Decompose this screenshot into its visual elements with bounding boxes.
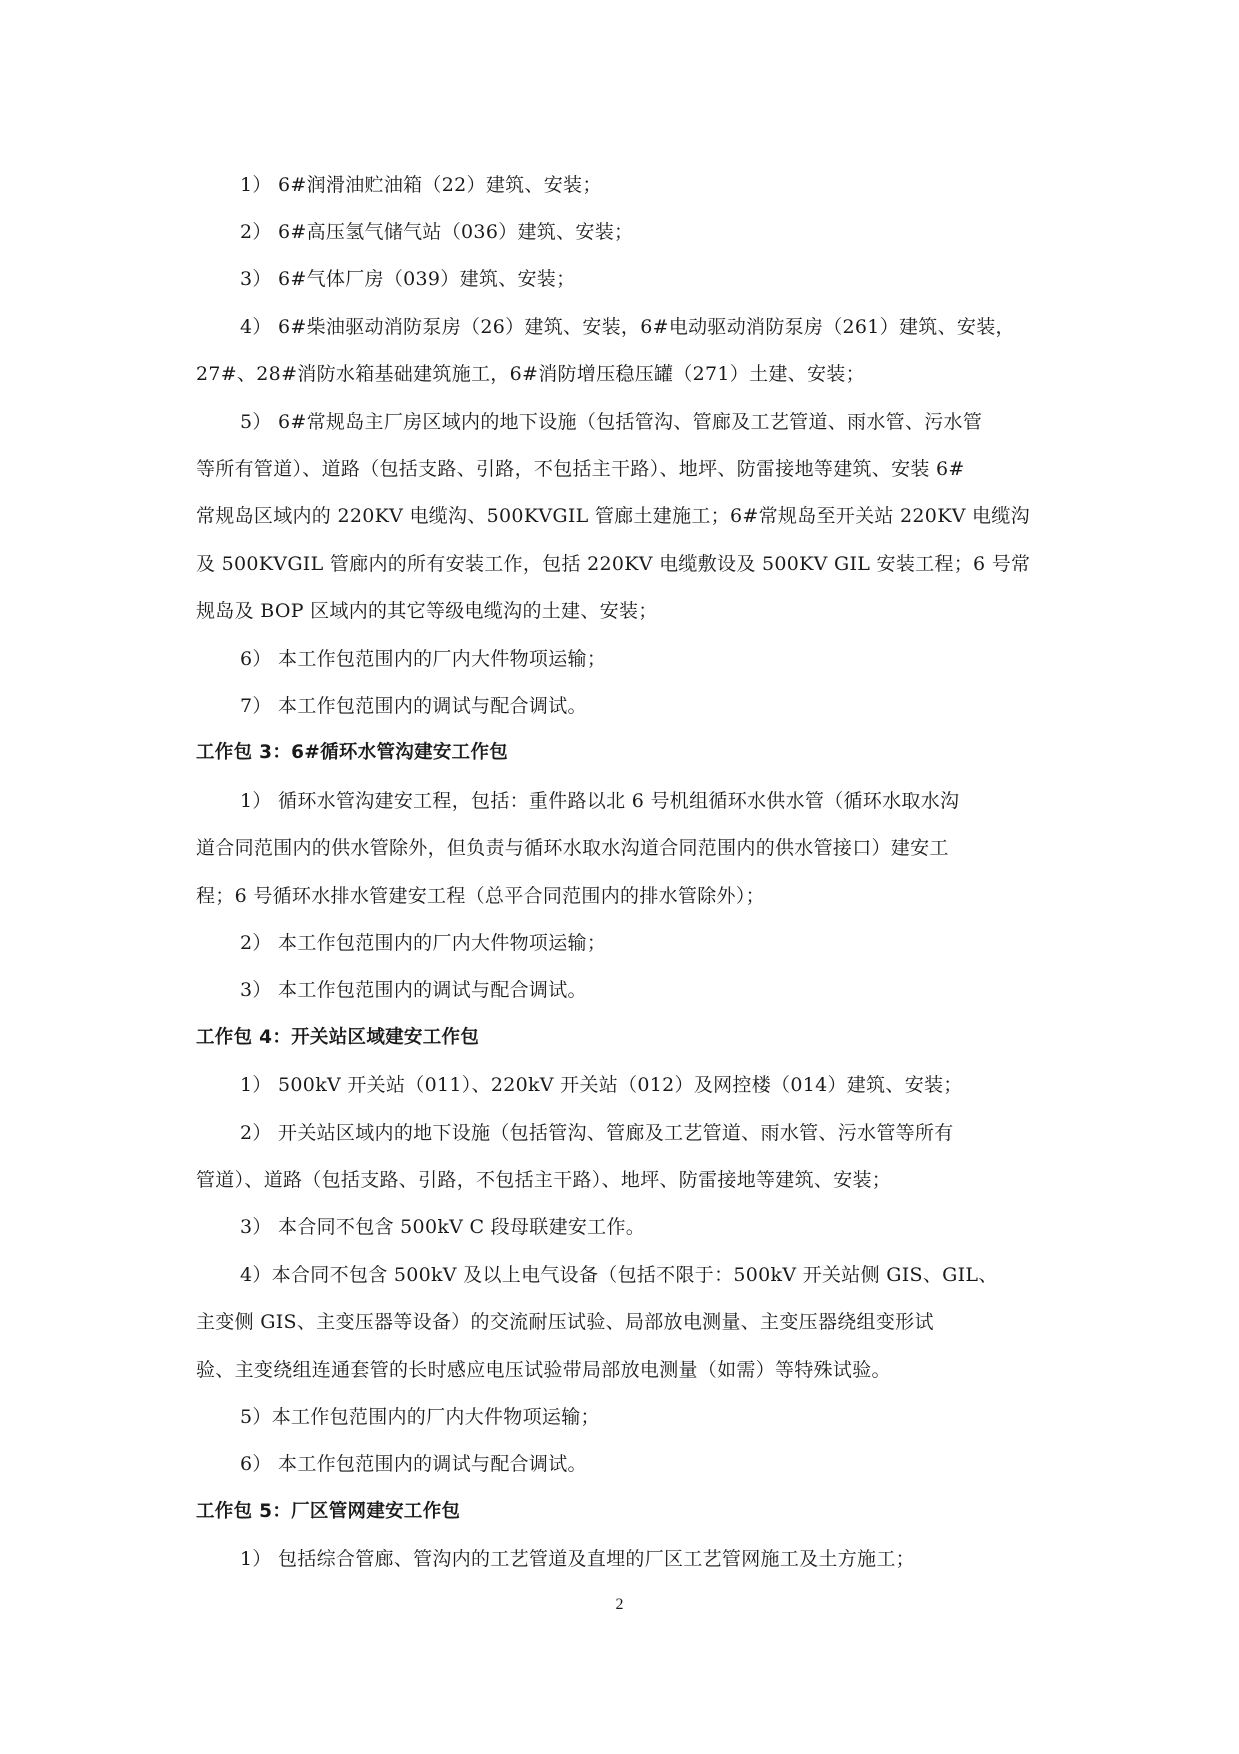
text-line: 道合同范围内的供水管除外，但负责与循环水取水沟道合同范围内的供水管接口）建安工 xyxy=(196,835,1056,861)
text-line: 管道）、道路（包括支路、引路，不包括主干路）、地坪、防雷接地等建筑、安装； xyxy=(196,1167,1056,1193)
text-line: 5） 6#常规岛主厂房区域内的地下设施（包括管沟、管廊及工艺管道、雨水管、污水管 xyxy=(240,409,1100,435)
text-line: 5）本工作包范围内的厂内大件物项运输； xyxy=(240,1404,1100,1430)
text-line: 等所有管道）、道路（包括支路、引路，不包括主干路）、地坪、防雷接地等建筑、安装 … xyxy=(196,456,1056,482)
text-line: 1） 500kV 开关站（011）、220kV 开关站（012）及网控楼（014… xyxy=(240,1072,1100,1098)
text-line: 1） 包括综合管廊、管沟内的工艺管道及直埋的厂区工艺管网施工及土方施工； xyxy=(240,1546,1100,1572)
text-line: 4）本合同不包含 500kV 及以上电气设备（包括不限于：500kV 开关站侧 … xyxy=(240,1262,1100,1288)
text-line: 程；6 号循环水排水管建安工程（总平合同范围内的排水管除外）； xyxy=(196,883,1056,909)
text-line: 验、主变绕组连通套管的长时感应电压试验带局部放电测量（如需）等特殊试验。 xyxy=(196,1357,1056,1383)
section-heading: 工作包 4：开关站区域建安工作包 xyxy=(196,1025,1056,1051)
text-line: 及 500KVGIL 管廊内的所有安装工作，包括 220KV 电缆敷设及 500… xyxy=(196,551,1056,577)
text-line: 主变侧 GIS、主变压器等设备）的交流耐压试验、局部放电测量、主变压器绕组变形试 xyxy=(196,1309,1056,1335)
text-line: 2） 开关站区域内的地下设施（包括管沟、管廊及工艺管道、雨水管、污水管等所有 xyxy=(240,1120,1100,1146)
text-line: 2） 6#高压氢气储气站（036）建筑、安装； xyxy=(240,219,1100,245)
section-heading: 工作包 3：6#循环水管沟建安工作包 xyxy=(196,740,1056,766)
text-line: 6） 本工作包范围内的厂内大件物项运输； xyxy=(240,646,1100,672)
text-line: 3） 本合同不包含 500kV C 段母联建安工作。 xyxy=(240,1214,1100,1240)
text-line: 3） 6#气体厂房（039）建筑、安装； xyxy=(240,266,1100,292)
text-line: 规岛及 BOP 区域内的其它等级电缆沟的土建、安装； xyxy=(196,598,1056,624)
text-line: 常规岛区域内的 220KV 电缆沟、500KVGIL 管廊土建施工；6#常规岛至… xyxy=(196,503,1056,529)
document-page: 2 1） 6#润滑油贮油箱（22）建筑、安装；2） 6#高压氢气储气站（036）… xyxy=(0,0,1239,1754)
text-line: 3） 本工作包范围内的调试与配合调试。 xyxy=(240,977,1100,1003)
text-line: 27#、28#消防水箱基础建筑施工，6#消防增压稳压罐（271）土建、安装； xyxy=(196,361,1056,387)
section-heading: 工作包 5：厂区管网建安工作包 xyxy=(196,1499,1056,1525)
page-number: 2 xyxy=(0,1596,1239,1614)
text-line: 6） 本工作包范围内的调试与配合调试。 xyxy=(240,1451,1100,1477)
text-line: 1） 6#润滑油贮油箱（22）建筑、安装； xyxy=(240,172,1100,198)
text-line: 1） 循环水管沟建安工程，包括：重件路以北 6 号机组循环水供水管（循环水取水沟 xyxy=(240,788,1100,814)
text-line: 4） 6#柴油驱动消防泵房（26）建筑、安装，6#电动驱动消防泵房（261）建筑… xyxy=(240,314,1100,340)
text-line: 7） 本工作包范围内的调试与配合调试。 xyxy=(240,693,1100,719)
text-line: 2） 本工作包范围内的厂内大件物项运输； xyxy=(240,930,1100,956)
